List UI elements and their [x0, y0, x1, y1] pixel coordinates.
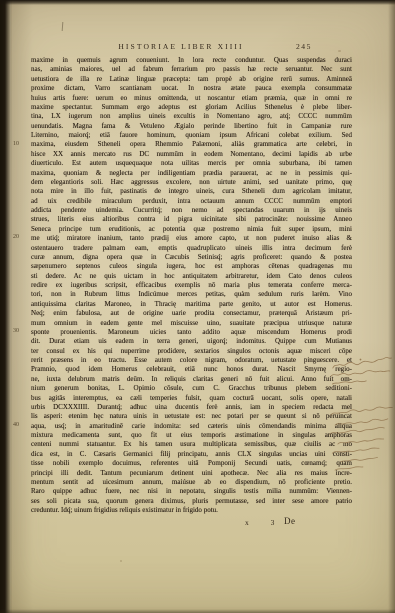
running-title: HISTORIAE LIBER XIIII: [92, 42, 270, 51]
text-line: antiquissima claritas Maroneo, in Thraci…: [31, 300, 352, 309]
text-line: strues, literis eius altioribus contra i…: [31, 215, 352, 224]
handwritten-annotation-lower: [326, 406, 395, 487]
text-line: uenundatis. Magna fama & Vetuleno Ægialo…: [31, 122, 352, 131]
margin-line-number: 30: [13, 328, 31, 334]
scan-edge-bottom: [0, 609, 395, 613]
text-line: dica est, in C. Cæsaris Germanici filij …: [31, 450, 352, 459]
text-line: nota mire in illo fuit, pastinatis de in…: [31, 187, 352, 196]
text-line: ostentauero tradere palmam eam, emptis q…: [31, 244, 352, 253]
text-line: aqua, usq́; in amaritudinē carie indomit…: [31, 422, 352, 431]
text-line: Liternino, maiorq́; etiā fauore hominum,…: [31, 131, 352, 140]
text-line: sti dedere. Ac ne quis uictam in hoc ant…: [31, 272, 352, 281]
text-line: maxima, eiusdem Stheneli opera Rhemmio P…: [31, 140, 352, 149]
text-line: tisse nobili exemplo docuimus, referente…: [31, 459, 352, 468]
book-page-scan: HISTORIAE LIBER XIIII 245 maxime in quem…: [0, 0, 395, 613]
text-line: sponte prouenientis. Maroneum uicies tan…: [31, 328, 352, 337]
text-line: ses soli picata sua, quorum genera dixim…: [31, 497, 352, 506]
text-line: ad uix credibile miraculum perduxit, int…: [31, 197, 352, 206]
text-line: creduntur. Idq́; uinum frigidius reliqui…: [31, 506, 352, 515]
text-line: Pramnio, quod idem Homerus celebrauit, e…: [31, 365, 352, 374]
text-line: curæ annum, digna opera quæ in Cæcubis S…: [31, 253, 352, 262]
text-line: dit. Durat etiam uis eadem in terra gene…: [31, 337, 352, 346]
signature-mark: x 3: [245, 518, 284, 527]
scan-edge-top: [0, 0, 395, 5]
scan-edge-left: [0, 0, 12, 613]
text-line: mum omnium in eadem gente mel miscuisse …: [31, 319, 352, 328]
text-line: sæpenumero septenos culeos singula iuger…: [31, 262, 352, 271]
text-line: Raro quippe adhuc fuere, nec nisi in nep…: [31, 487, 352, 496]
text-line: rerit præsens in eo tractu. Esse autem c…: [31, 356, 352, 365]
paper-speck: [338, 50, 341, 52]
text-line: mentum sentit ad uicesimum annum, maiúsu…: [31, 478, 352, 487]
text-line: principi illi dedit. Tantum pecuniarum d…: [31, 469, 352, 478]
text-line: ter consul ex his qui nuperrime prodider…: [31, 347, 352, 356]
text-line: tina, LX iugerum non amplius uineis excu…: [31, 112, 352, 121]
body-text-block: maxime in quemuis agrum conueniunt. In l…: [31, 56, 352, 515]
text-line: bus agitās interemptus, ea cæli temperie…: [31, 394, 352, 403]
text-line: maxime spectantur. Summam ergo adeptus e…: [31, 103, 352, 112]
text-line: nium generum bonitas, L. Opimio cōsule, …: [31, 384, 352, 393]
text-line: nas, aminias maiores, uel ad fabrum ferr…: [31, 65, 352, 74]
text-line: huius artis fuere: uerum eo minus omitte…: [31, 94, 352, 103]
text-line: maxima, quoniam & neglecta per indiligen…: [31, 169, 352, 178]
text-line: diuerticulo. Est autem usquequaque nota …: [31, 159, 352, 168]
text-line: mixtura medicamenta sunt, quo fit ut eiu…: [31, 431, 352, 440]
text-line: dem elegantioris soli. Hæc aggressus exc…: [31, 178, 352, 187]
margin-line-number: 20: [13, 234, 31, 240]
margin-line-number: 40: [13, 422, 31, 428]
text-line: me utiq́; miratore inanium, tanto prædij…: [31, 234, 352, 243]
text-line: ne, iuxta delubrum matris deūm. In reliq…: [31, 375, 352, 384]
text-line: lis asperi: etenim hęc natura uinis in u…: [31, 412, 352, 421]
paper-speck: [120, 560, 122, 562]
text-line: centeni nummi statuantur. Ex his tamen u…: [31, 440, 352, 449]
text-line: hisce XX annis mercato rus DC nummūm in …: [31, 150, 352, 159]
text-line: urbis DCXXXIIII. Durantq́; adhuc uina du…: [31, 403, 352, 412]
text-line: addicta pendente uindemia. Cucurritq́; n…: [31, 206, 352, 215]
binding-gutter-shadow: [11, 0, 33, 613]
text-line: tori, non in Rubrum littus Indicúmue mer…: [31, 290, 352, 299]
text-line: proxime dictam, Varro scantianam uocat. …: [31, 84, 352, 93]
page-number: 245: [296, 42, 312, 51]
catchword: De: [284, 516, 296, 526]
text-line: maxime in quemuis agrum conueniunt. In l…: [31, 56, 352, 65]
text-line: redire ex iugeribus scripsit, efficacibu…: [31, 281, 352, 290]
text-line: Seneca principe tum eruditionis, ac pote…: [31, 225, 352, 234]
margin-line-number: 10: [13, 141, 31, 147]
scan-edge-right: [388, 0, 395, 613]
ink-speck: [62, 22, 64, 31]
handwritten-annotation-upper: [329, 356, 395, 391]
text-line: uetustiora de illa re Latinæ linguæ præc…: [31, 75, 352, 84]
text-line: Neq́; enim fabulosa, aut de origine uari…: [31, 309, 352, 318]
